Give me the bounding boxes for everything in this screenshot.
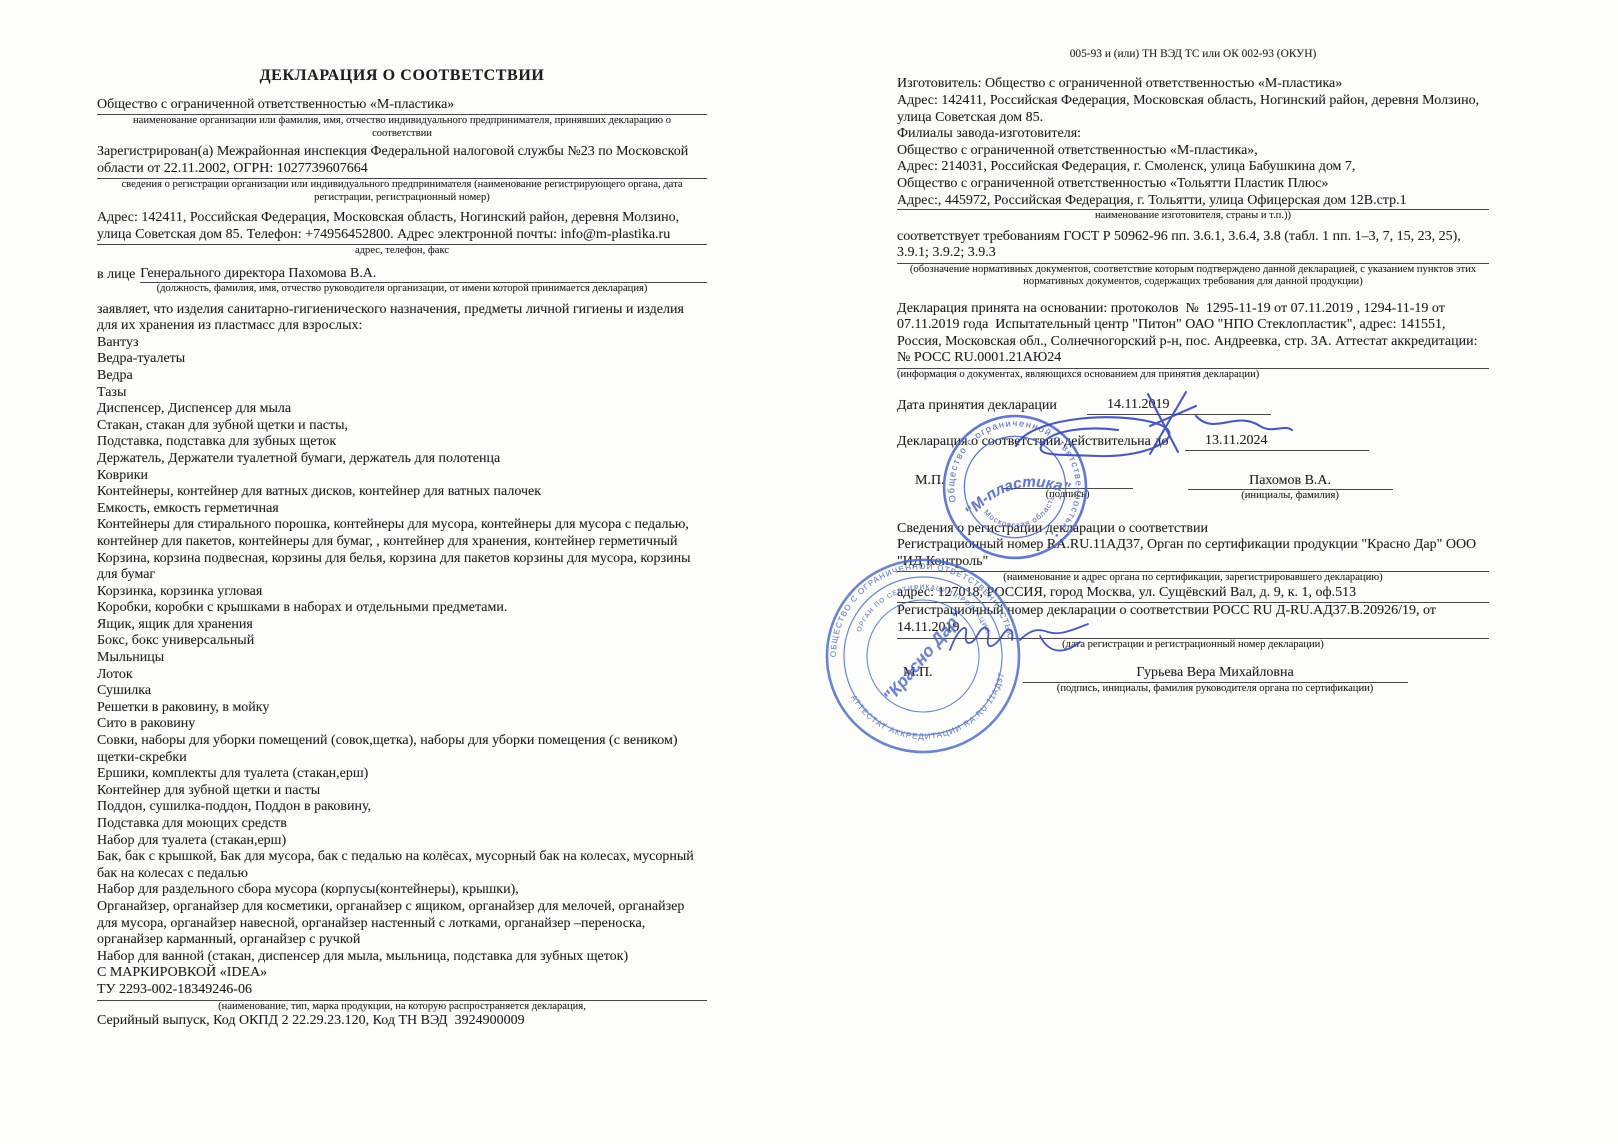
manufacturer-line: Филиалы завода-изготовителя: xyxy=(897,126,1489,143)
org-name: Общество с ограниченной ответственностью… xyxy=(97,97,454,112)
org-name-caption: наименование организации или фамилия, им… xyxy=(97,115,707,140)
product-line: Корзинка, корзинка угловая xyxy=(97,584,707,601)
signature-caption: (подпись) xyxy=(1003,489,1133,501)
product-line: Подставка для моющих средств xyxy=(97,816,707,833)
product-line: Диспенсер, Диспенсер для мыла xyxy=(97,401,707,418)
registration-caption: сведения о регистрации организации или и… xyxy=(97,179,707,204)
cert-head-caption: (подпись, инициалы, фамилия руководителя… xyxy=(1023,683,1408,695)
product-line: Поддон, сушилка-поддон, Поддон в раковин… xyxy=(97,799,707,816)
product-line: Контейнеры, контейнер для ватных дисков,… xyxy=(97,484,707,501)
signature-area: (подпись) xyxy=(1003,473,1133,501)
products-caption: (наименование, тип, марка продукции, на … xyxy=(97,1001,707,1013)
signer-caption: (инициалы, фамилия) xyxy=(1188,490,1393,502)
product-line: Тазы xyxy=(97,385,707,402)
product-line: Органайзер, органайзер для косметики, ор… xyxy=(97,899,707,949)
org-name-field: Общество с ограниченной ответственностью… xyxy=(97,97,707,116)
reg-info-title: Сведения о регистрации декларации о соот… xyxy=(897,521,1489,538)
product-line: Коврики xyxy=(97,468,707,485)
manufacturer-block: Изготовитель: Общество с ограниченной от… xyxy=(897,76,1489,192)
basis-field: Декларация принята на основании: протоко… xyxy=(897,301,1489,369)
decl-reg-caption: (дата регистрации и регистрационный номе… xyxy=(897,639,1489,651)
manufacturer-line: Общество с ограниченной ответственностью… xyxy=(897,176,1489,193)
product-line: Набор для туалета (стакан,ерш) xyxy=(97,833,707,850)
cert-head-area: Гурьева Вера Михайловна (подпись, инициа… xyxy=(1023,665,1408,695)
product-line: Держатель, Держатели туалетной бумаги, д… xyxy=(97,451,707,468)
product-line: Ведра xyxy=(97,368,707,385)
valid-row: Декларация о соответствии действительна … xyxy=(897,433,1489,451)
page-title: ДЕКЛАРАЦИЯ О СООТВЕТСТВИИ xyxy=(97,68,707,85)
product-line: Лоток xyxy=(97,667,707,684)
product-line: С МАРКИРОВКОЙ «IDEA» xyxy=(97,965,707,982)
page-2: 005-93 и (или) ТН ВЭД ТС или ОК 002-93 (… xyxy=(897,48,1489,695)
director-row: в лице Генерального директора Пахомова В… xyxy=(97,266,707,284)
product-line: Ершики, комплекты для туалета (стакан,ер… xyxy=(97,766,707,783)
product-line: Стакан, стакан для зубной щетки и пасты, xyxy=(97,418,707,435)
conformity-field: соответствует требованиям ГОСТ Р 50962-9… xyxy=(897,229,1489,264)
product-line: Подставка, подставка для зубных щеток xyxy=(97,434,707,451)
product-line: Емкость, емкость герметичная xyxy=(97,501,707,518)
address-text: Адрес: 142411, Российская Федерация, Мос… xyxy=(97,210,679,242)
product-line: Контейнер для зубной щетки и пасты xyxy=(97,783,707,800)
reg-number-field: Регистрационный номер RA.RU.11АД37, Орга… xyxy=(897,537,1489,572)
date-label: Дата принятия декларации xyxy=(897,398,1087,415)
product-line: Ящик, ящик для хранения xyxy=(97,617,707,634)
decl-reg-number-field: Регистрационный номер декларации о соотв… xyxy=(897,603,1489,638)
product-line: Контейнеры для стирального порошка, конт… xyxy=(97,517,707,550)
director-prefix: в лице xyxy=(97,267,135,284)
basis-caption: (информация о документах, являющихся осн… xyxy=(897,369,1489,381)
date-value: 14.11.2019 xyxy=(1087,397,1271,415)
valid-value: 13.11.2024 xyxy=(1185,433,1369,451)
signature-row: М.П. (подпись) Пахомов В.А. (инициалы, ф… xyxy=(897,473,1489,503)
product-list: ВантузВедра-туалетыВедраТазыДиспенсер, Д… xyxy=(97,335,707,1001)
conformity-caption: (обозначение нормативных документов, соо… xyxy=(897,264,1489,289)
page2-top-caption: 005-93 и (или) ТН ВЭД ТС или ОК 002-93 (… xyxy=(897,48,1489,60)
product-line: Коробки, коробки с крышками в наборах и … xyxy=(97,600,707,617)
manufacturer-address: Адрес:, 445972, Российская Федерация, г.… xyxy=(897,193,1489,211)
manufacturer-line: Адрес: 142411, Российская Федерация, Мос… xyxy=(897,93,1489,126)
product-line: Набор для раздельного сбора мусора (корп… xyxy=(97,882,707,899)
signer-area: Пахомов В.А. (инициалы, фамилия) xyxy=(1188,473,1393,503)
product-line: Сушилка xyxy=(97,683,707,700)
declaration-intro: заявляет, что изделия санитарно-гигиенич… xyxy=(97,302,707,335)
product-line: Решетки в раковину, в мойку xyxy=(97,700,707,717)
address-field: Адрес: 142411, Российская Федерация, Мос… xyxy=(97,210,707,245)
valid-label: Декларация о соответствии действительна … xyxy=(897,434,1185,451)
signer-name: Пахомов В.А. xyxy=(1188,473,1393,491)
product-line: Бак, бак с крышкой, Бак для мусора, бак … xyxy=(97,849,707,882)
address-caption: адрес, телефон, факс xyxy=(97,245,707,257)
serial-line: Серийный выпуск, Код ОКПД 2 22.29.23.120… xyxy=(97,1013,707,1030)
document-scan: ДЕКЛАРАЦИЯ О СООТВЕТСТВИИ Общество с огр… xyxy=(0,0,1618,1144)
signature-line xyxy=(1003,473,1133,489)
product-line: Корзина, корзина подвесная, корзины для … xyxy=(97,551,707,584)
page-1: ДЕКЛАРАЦИЯ О СООТВЕТСТВИИ Общество с огр… xyxy=(97,68,707,1030)
director-caption: (должность, фамилия, имя, отчество руков… xyxy=(97,283,707,295)
reg-address-field: адрес: 127018, РОССИЯ, город Москва, ул.… xyxy=(897,585,1489,604)
mp-label: М.П. xyxy=(915,473,945,490)
product-line: Бокс, бокс универсальный xyxy=(97,633,707,650)
product-line: Совки, наборы для уборки помещений (сово… xyxy=(97,733,707,766)
product-line: Мыльницы xyxy=(97,650,707,667)
product-line: Вантуз xyxy=(97,335,707,352)
registration-text: Зарегистрирован(а) Межрайонная инспекция… xyxy=(97,144,688,176)
manufacturer-line: Изготовитель: Общество с ограниченной от… xyxy=(897,76,1489,93)
manufacturer-line: Адрес: 214031, Российская Федерация, г. … xyxy=(897,159,1489,176)
director-name: Генерального директора Пахомова В.А. xyxy=(140,266,707,284)
product-line: Набор для ванной (стакан, диспенсер для … xyxy=(97,949,707,966)
product-line: Сито в раковину xyxy=(97,716,707,733)
cert-head-row: М.П. Гурьева Вера Михайловна (подпись, и… xyxy=(897,665,1489,695)
product-line: ТУ 2293-002-18349246-06 xyxy=(97,982,707,999)
cert-head-name: Гурьева Вера Михайловна xyxy=(1023,665,1408,683)
manufacturer-caption: наименование изготовителя, страны и т.п.… xyxy=(897,210,1489,222)
mp2-label: М.П. xyxy=(903,665,933,682)
registration-field: Зарегистрирован(а) Межрайонная инспекция… xyxy=(97,144,707,179)
reg-body-caption: (наименование и адрес органа по сертифик… xyxy=(897,572,1489,584)
manufacturer-line: Общество с ограниченной ответственностью… xyxy=(897,143,1489,160)
date-row: Дата принятия декларации 14.11.2019 xyxy=(897,397,1489,415)
product-line: Ведра-туалеты xyxy=(97,351,707,368)
